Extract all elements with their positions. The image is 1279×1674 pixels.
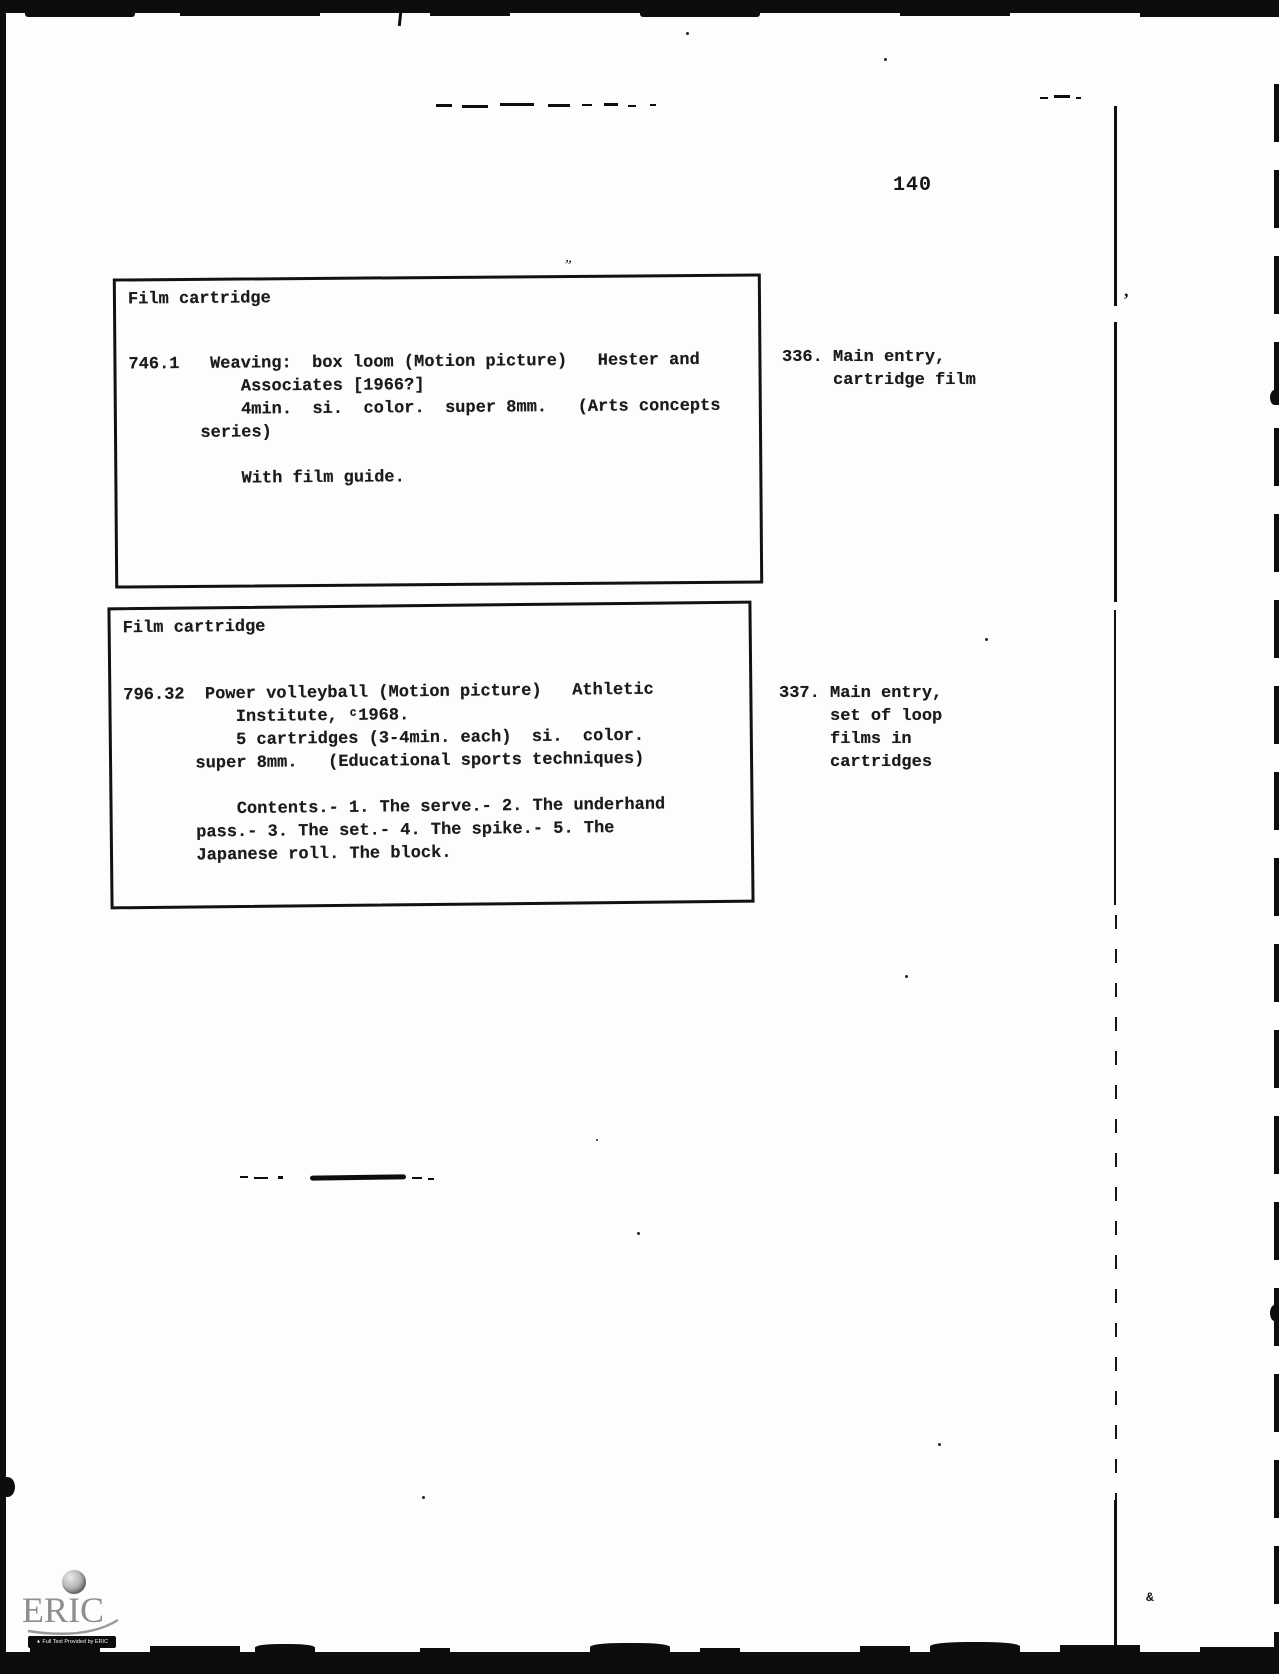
scan-artifact-smear <box>412 1177 422 1179</box>
eric-logo: ERIC ▲ Full Text Provided by ERIC <box>22 1570 122 1656</box>
scan-artifact-bottom-bar <box>0 1652 1279 1674</box>
card-heading: Film cartridge <box>128 283 758 311</box>
catalog-card-336: Film cartridge 746.1 Weaving: box loom (… <box>113 273 763 588</box>
scan-artifact-dash <box>436 104 452 107</box>
triangle-icon: ▲ <box>36 1636 41 1648</box>
note-text-line: 336. Main entry, <box>782 346 976 369</box>
scan-speck <box>905 975 908 978</box>
scan-artifact-fold-line <box>1114 610 1116 905</box>
scan-speck <box>637 1232 640 1235</box>
scan-artifact-top-bar <box>0 0 1279 13</box>
card-heading: Film cartridge <box>123 611 749 641</box>
scan-artifact <box>1140 13 1279 17</box>
scan-artifact-dash <box>604 103 618 106</box>
scan-artifact-smear <box>240 1176 248 1178</box>
scan-artifact-dash <box>1076 97 1081 99</box>
scan-artifact <box>860 1646 910 1653</box>
scan-artifact-smear <box>254 1177 268 1179</box>
scan-artifact-fold-line <box>1114 1500 1117 1660</box>
scan-artifact <box>900 13 1010 16</box>
scan-artifact <box>640 13 760 17</box>
scan-artifact <box>430 13 510 16</box>
scan-speck <box>938 1443 941 1446</box>
scan-artifact <box>700 1648 740 1653</box>
scan-artifact <box>180 13 320 16</box>
stray-ampersand-mark: & <box>1146 1590 1154 1605</box>
scan-artifact <box>590 1643 670 1653</box>
scan-artifact-fold-line <box>1115 915 1117 1500</box>
scan-artifact-dash <box>462 105 488 108</box>
card-entry: 796.32 Power volleyball (Motion picture)… <box>123 678 751 869</box>
scan-artifact-dash <box>1040 97 1048 99</box>
scan-artifact-dash <box>628 105 636 107</box>
scan-artifact <box>1060 1645 1140 1653</box>
margin-note-336: 336. Main entry, cartridge film <box>782 346 976 392</box>
scan-artifact-fold-line <box>1114 322 1117 602</box>
scan-artifact-right-edge <box>1274 84 1279 1654</box>
scan-artifact <box>1270 390 1279 405</box>
scan-artifact <box>25 13 135 17</box>
scan-artifact <box>1270 1305 1279 1321</box>
card-entry: 746.1 Weaving: box loom (Motion picture)… <box>128 348 759 491</box>
catalog-card-337: Film cartridge 796.32 Power volleyball (… <box>107 601 754 910</box>
scan-artifact-dash <box>1054 95 1070 98</box>
eric-banner: ▲ Full Text Provided by ERIC <box>28 1636 116 1648</box>
page-number: 140 <box>893 174 932 198</box>
scan-artifact-smear <box>278 1176 283 1179</box>
note-text-line: cartridges <box>779 751 942 774</box>
scan-speck <box>686 32 689 35</box>
scan-artifact-dash <box>500 103 534 106</box>
note-text-line: films in <box>779 728 942 751</box>
scan-artifact-smear <box>310 1174 406 1180</box>
scan-artifact-dash <box>650 104 656 106</box>
scan-artifact <box>1200 1647 1279 1653</box>
note-text-line: 337. Main entry, <box>779 682 942 705</box>
scan-artifact <box>930 1642 1020 1653</box>
card-text-line: With film guide. <box>129 463 759 491</box>
note-text-line: cartridge film <box>782 369 976 392</box>
stray-apostrophe-mark: ” <box>562 257 572 275</box>
scan-artifact-fold-line <box>1114 106 1117 306</box>
scan-artifact <box>420 1648 450 1653</box>
scan-speck <box>884 58 887 61</box>
scan-artifact <box>395 0 405 8</box>
scan-speck <box>596 1139 598 1141</box>
scan-speck <box>985 638 988 641</box>
scan-artifact-smear <box>428 1178 434 1180</box>
margin-note-337: 337. Main entry, set of loop films in ca… <box>779 682 942 774</box>
scan-artifact <box>150 1646 240 1653</box>
scan-artifact <box>0 1477 15 1497</box>
scan-speck <box>422 1496 425 1499</box>
stray-comma-mark: , <box>1124 280 1129 301</box>
scan-artifact-dash <box>548 104 570 107</box>
scan-artifact <box>255 1644 315 1653</box>
scan-artifact-left-edge <box>0 10 6 1660</box>
scanned-document-page: , ” & 140 Film cartridge 746.1 Weaving: … <box>0 0 1279 1674</box>
eric-tagline: Full Text Provided by ERIC <box>42 1639 108 1645</box>
scan-artifact-dash <box>582 104 592 106</box>
note-text-line: set of loop <box>779 705 942 728</box>
